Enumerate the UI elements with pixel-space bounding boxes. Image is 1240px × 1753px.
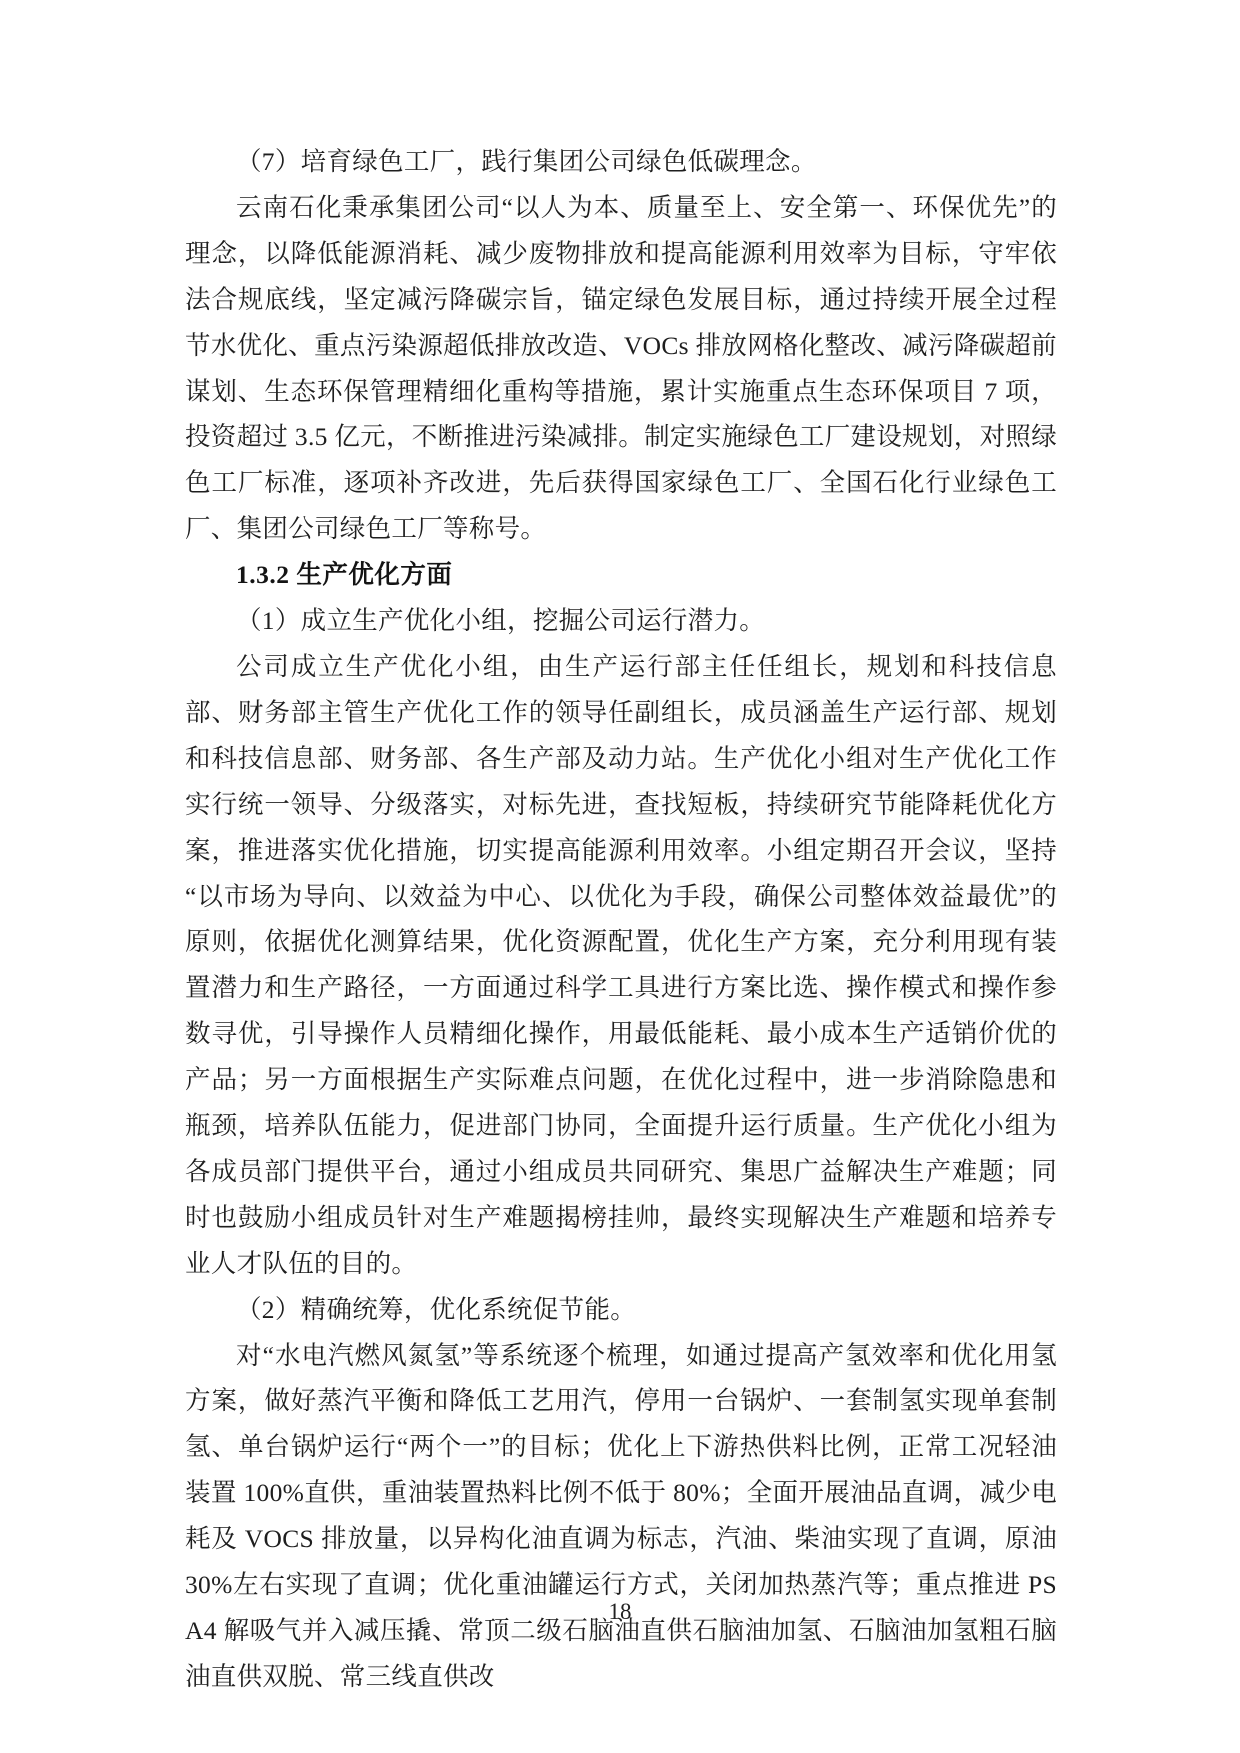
- paragraph-green-factory: 云南石化秉承集团公司“以人为本、质量至上、安全第一、环保优先”的理念，以降低能源…: [185, 185, 1057, 552]
- numbered-item-1: （1）成立生产优化小组，挖掘公司运行潜力。: [185, 598, 1057, 644]
- paragraph-optimization-team: 公司成立生产优化小组，由生产运行部主任任组长，规划和科技信息部、财务部主管生产优…: [185, 644, 1057, 1287]
- numbered-item-7: （7）培育绿色工厂，践行集团公司绿色低碳理念。: [185, 139, 1057, 185]
- section-heading-1-3-2: 1.3.2 生产优化方面: [185, 552, 1057, 598]
- document-body: （7）培育绿色工厂，践行集团公司绿色低碳理念。 云南石化秉承集团公司“以人为本、…: [185, 139, 1057, 1700]
- numbered-item-2: （2）精确统筹，优化系统促节能。: [185, 1287, 1057, 1333]
- page-number: 18: [0, 1597, 1240, 1627]
- paragraph-system-energy-saving: 对“水电汽燃风氮氢”等系统逐个梳理，如通过提高产氢效率和优化用氢方案，做好蒸汽平…: [185, 1333, 1057, 1700]
- document-page: （7）培育绿色工厂，践行集团公司绿色低碳理念。 云南石化秉承集团公司“以人为本、…: [0, 0, 1240, 1753]
